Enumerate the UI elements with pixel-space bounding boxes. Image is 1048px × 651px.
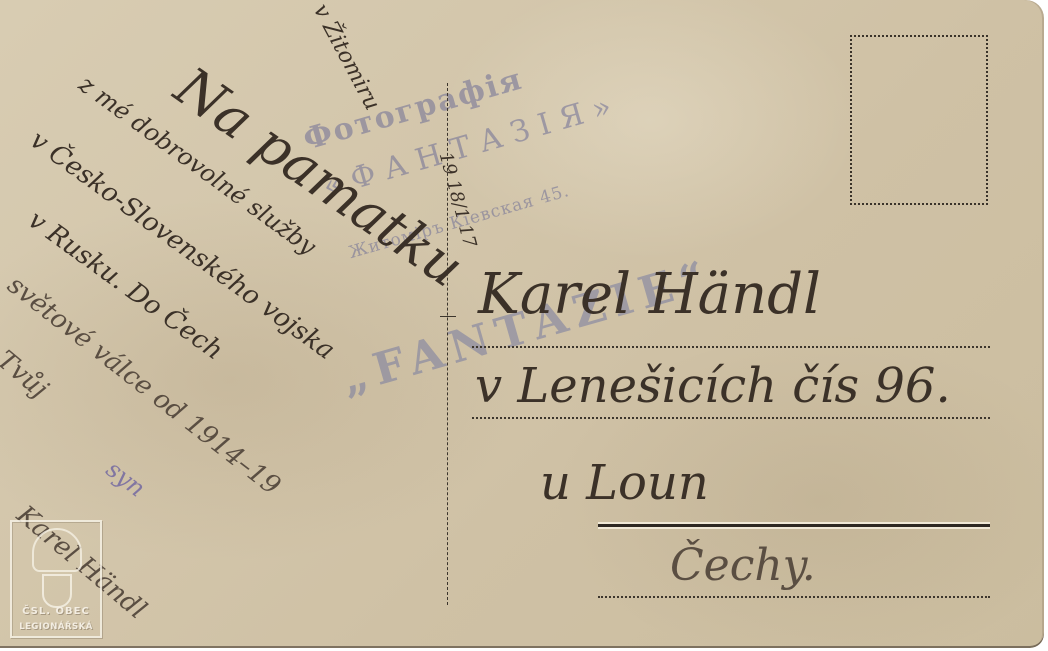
- message-line: Tvůj: [0, 345, 54, 405]
- pencil-annotation: syn: [101, 455, 151, 503]
- address-line-2: [472, 417, 990, 419]
- recipient-name: Karel Händl: [478, 262, 821, 327]
- message-line: v Rusku. Do Čech: [22, 205, 228, 366]
- seal-text-line-1: ČSL. OBEC: [12, 606, 100, 617]
- address-line-3: [598, 524, 990, 527]
- divider-tick: [440, 316, 456, 317]
- legion-embossed-seal: ČSL. OBEC LEGIONÁŘSKÁ: [10, 520, 102, 638]
- seal-text-line-2: LEGIONÁŘSKÁ: [12, 622, 100, 632]
- stamp-placement-box: [850, 35, 988, 205]
- address-line-4: [598, 596, 990, 598]
- recipient-country: Čechy.: [670, 540, 816, 591]
- postcard-back: Фотографія «ФАНТАЗІЯ» Житоміръ Кіевская …: [0, 0, 1044, 648]
- recipient-street: v Lenešicích čís 96.: [475, 358, 951, 414]
- coat-of-arms-icon: [42, 574, 72, 608]
- soldier-head-icon: [32, 528, 82, 572]
- address-line-1: [472, 346, 990, 348]
- message-place: v Žitomiru: [308, 0, 385, 115]
- recipient-town: u Loun: [540, 455, 709, 511]
